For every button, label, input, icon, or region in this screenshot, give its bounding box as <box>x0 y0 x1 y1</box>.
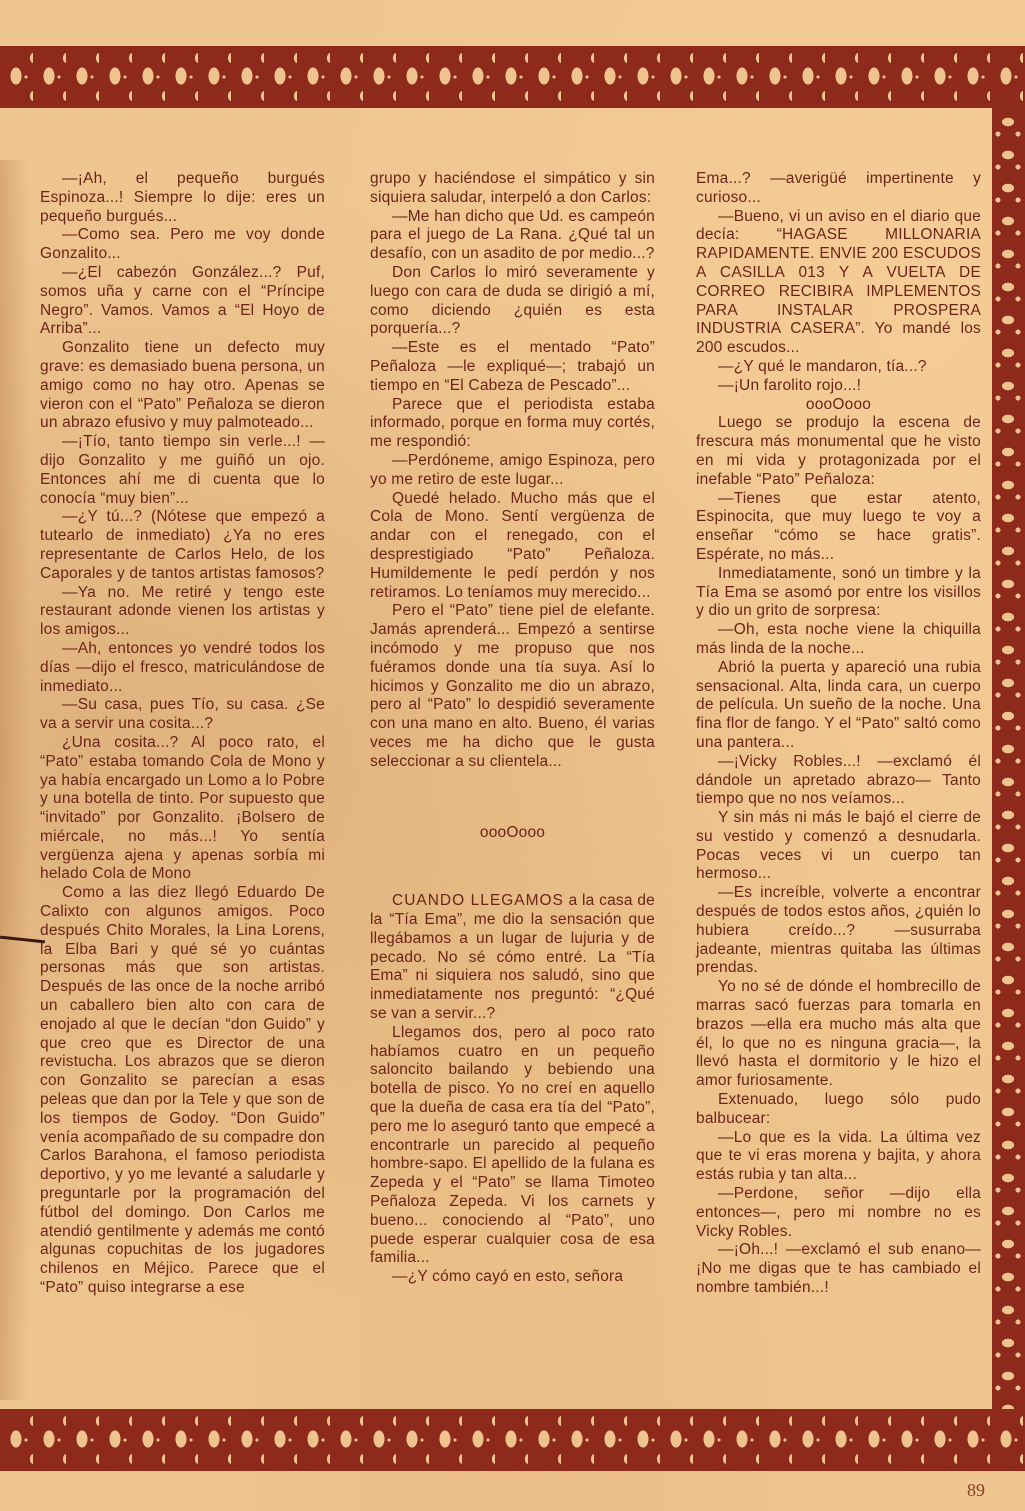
paragraph: Yo no sé de dónde el hombrecillo de marr… <box>696 978 981 1091</box>
paragraph: —¿Y qué le mandaron, tía...? <box>696 358 981 377</box>
paragraph: —Este es el mentado “Pato” Peñaloza —le … <box>370 339 655 395</box>
paragraph: Don Carlos lo miró severamente y luego c… <box>370 264 655 339</box>
text-column-3: Ema...? —averigüé impertinente y curioso… <box>696 170 981 1298</box>
text-column-2: grupo y haciéndose el simpático y sin si… <box>370 170 655 1287</box>
paragraph: Luego se produjo la escena de frescura m… <box>696 414 981 489</box>
paragraph: —¡Vicky Robles...! —exclamó él dándole u… <box>696 753 981 809</box>
paragraph: grupo y haciéndose el simpático y sin si… <box>370 170 655 208</box>
lead-in-caps: CUANDO LLEGAMOS <box>392 892 564 909</box>
paragraph: Como a las diez llegó Eduardo De Calixto… <box>40 884 325 1298</box>
paragraph: —Perdóneme, amigo Espinoza, pero yo me r… <box>370 452 655 490</box>
paragraph: —Tienes que estar atento, Espinocita, qu… <box>696 490 981 565</box>
paragraph: Ema...? —averigüé impertinente y curioso… <box>696 170 981 208</box>
paragraph: CUANDO LLEGAMOS a la casa de la “Tía Ema… <box>370 892 655 1024</box>
paragraph: —Perdone, señor —dijo ella entonces—, pe… <box>696 1185 981 1241</box>
paragraph: Gonzalito tiene un defecto muy grave: es… <box>40 339 325 433</box>
section-separator: oooOooo <box>370 824 655 843</box>
paragraph: —¡Un farolito rojo...! <box>696 377 981 396</box>
ornamental-border-right <box>992 108 1025 1413</box>
paragraph: —Me han dicho que Ud. es campeón para el… <box>370 208 655 264</box>
paragraph: Llegamos dos, pero al poco rato habíamos… <box>370 1024 655 1268</box>
paragraph: —Ah, entonces yo vendré todos los días —… <box>40 640 325 696</box>
paragraph-text: a la casa de la “Tía Ema”, me dio la sen… <box>370 892 655 1022</box>
ornamental-border-bottom <box>0 1409 1025 1471</box>
paragraph: —¡Tío, tanto tiempo sin verle...! —dijo … <box>40 433 325 508</box>
paragraph: Quedé helado. Mucho más que el Cola de M… <box>370 490 655 603</box>
paragraph: Pero el “Pato” tiene piel de elefante. J… <box>370 602 655 771</box>
paragraph: —¿El cabezón González...? Puf, somos uña… <box>40 264 325 339</box>
paragraph: —Bueno, vi un aviso en el diario que dec… <box>696 208 981 358</box>
paragraph: —Lo que es la vida. La última vez que te… <box>696 1129 981 1185</box>
text-column-1: —¡Ah, el pequeño burgués Espinoza...! Si… <box>40 170 325 1298</box>
paragraph: —Como sea. Pero me voy donde Gonzalito..… <box>40 226 325 264</box>
paragraph: —Ya no. Me retiré y tengo este restauran… <box>40 584 325 640</box>
paragraph: —¡Oh...! —exclamó el sub enano— ¡No me d… <box>696 1241 981 1297</box>
section-separator: oooOooo <box>696 396 981 415</box>
paragraph: Y sin más ni más le bajó el cierre de su… <box>696 809 981 884</box>
paragraph: —Su casa, pues Tío, su casa. ¿Se va a se… <box>40 696 325 734</box>
paragraph: Extenuado, luego sólo pudo balbucear: <box>696 1091 981 1129</box>
paragraph: —¡Ah, el pequeño burgués Espinoza...! Si… <box>40 170 325 226</box>
page-fold-shadow <box>0 160 30 1400</box>
paragraph: Inmediatamente, sonó un timbre y la Tía … <box>696 565 981 621</box>
page-number: 89 <box>967 1480 985 1501</box>
paragraph: —¿Y cómo cayó en esto, señora <box>370 1268 655 1287</box>
paragraph: —¿Y tú...? (Nótese que empezó a tutearlo… <box>40 508 325 583</box>
paragraph: Abrió la puerta y apareció una rubia sen… <box>696 659 981 753</box>
paragraph: ¿Una cosita...? Al poco rato, el “Pato” … <box>40 734 325 884</box>
paragraph: Parece que el periodista estaba informad… <box>370 396 655 452</box>
paragraph: —Oh, esta noche viene la chiquilla más l… <box>696 621 981 659</box>
paragraph: —Es increíble, volverte a encontrar desp… <box>696 884 981 978</box>
ornamental-border-top <box>0 46 1025 108</box>
